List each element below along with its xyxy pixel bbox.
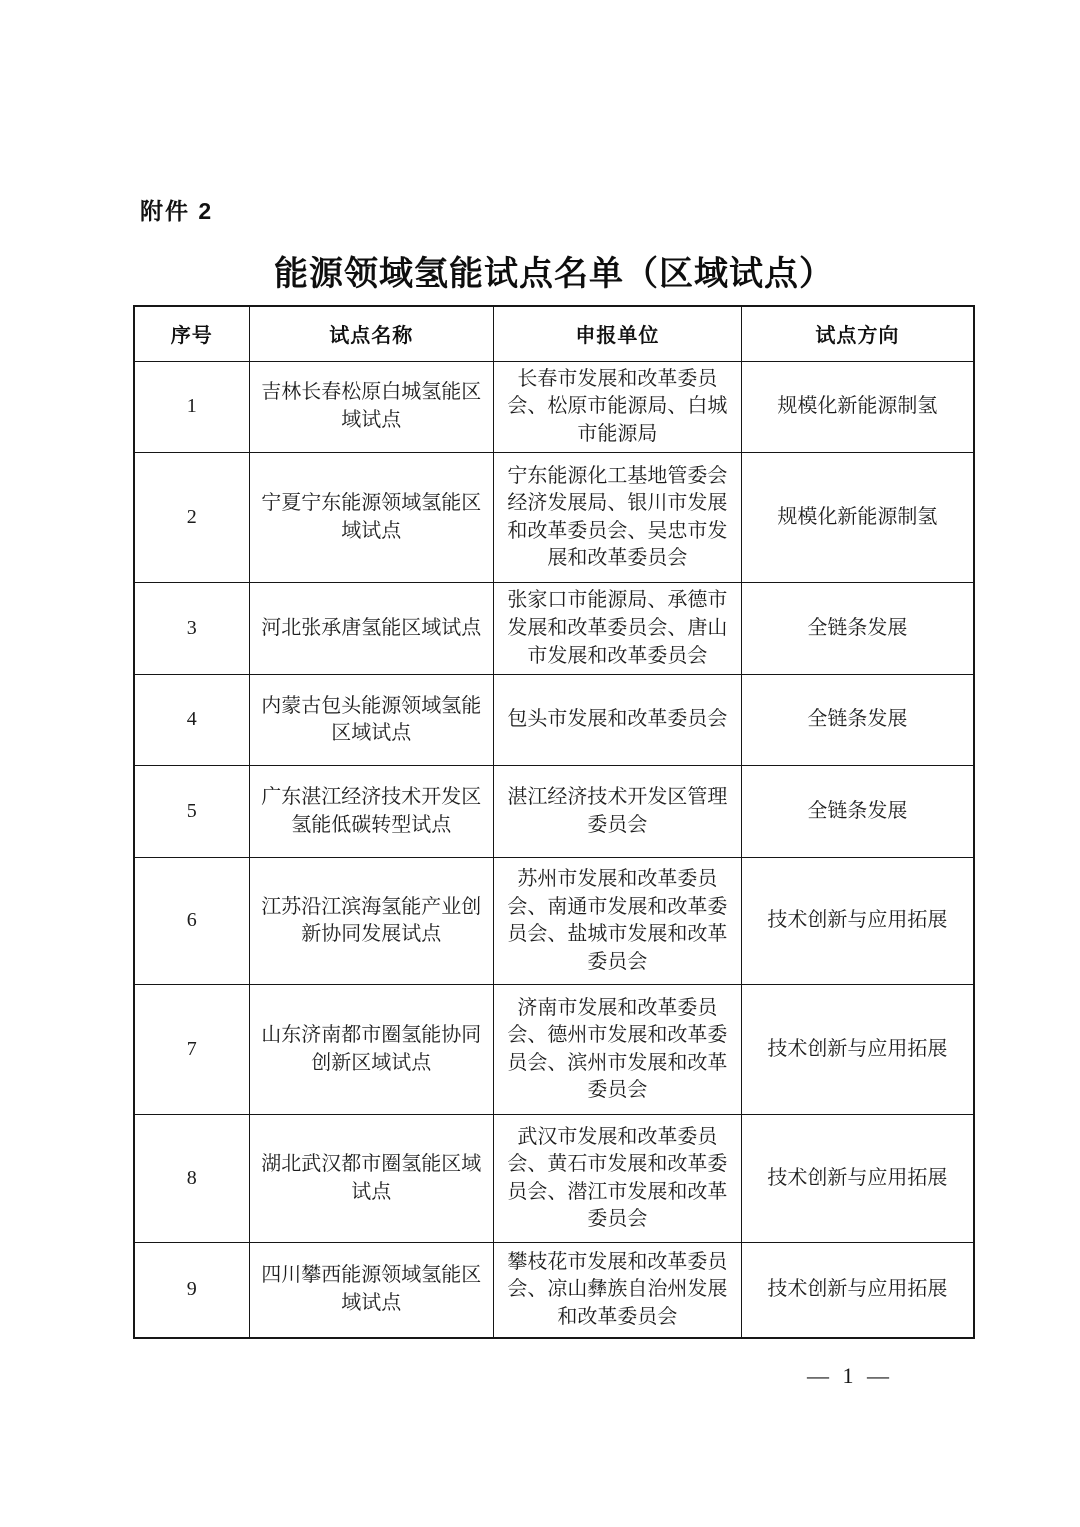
cell-applicant: 宁东能源化工基地管委会经济发展局、银川市发展和改革委员会、吴忠市发展和改革委员会: [494, 453, 742, 583]
cell-applicant: 湛江经济技术开发区管理委员会: [494, 766, 742, 858]
cell-applicant: 包头市发展和改革委员会: [494, 675, 742, 766]
cell-applicant: 苏州市发展和改革委员会、南通市发展和改革委员会、盐城市发展和改革委员会: [494, 858, 742, 985]
pilot-table-container: 序号 试点名称 申报单位 试点方向 1 吉林长春松原白城氢能区域试点 长春市发展…: [133, 305, 975, 1339]
cell-pilot-name: 宁夏宁东能源领域氢能区域试点: [249, 453, 493, 583]
table-row: 9 四川攀西能源领域氢能区域试点 攀枝花市发展和改革委员会、凉山彝族自治州发展和…: [134, 1243, 974, 1338]
cell-no: 2: [134, 453, 249, 583]
cell-applicant: 武汉市发展和改革委员会、黄石市发展和改革委员会、潜江市发展和改革委员会: [494, 1115, 742, 1243]
column-header-applicant: 申报单位: [494, 306, 742, 361]
cell-pilot-name: 内蒙古包头能源领域氢能区域试点: [249, 675, 493, 766]
cell-no: 7: [134, 985, 249, 1115]
cell-direction: 技术创新与应用拓展: [741, 858, 974, 985]
table-row: 1 吉林长春松原白城氢能区域试点 长春市发展和改革委员会、松原市能源局、白城市能…: [134, 361, 974, 453]
cell-direction: 全链条发展: [741, 766, 974, 858]
table-row: 5 广东湛江经济技术开发区氢能低碳转型试点 湛江经济技术开发区管理委员会 全链条…: [134, 766, 974, 858]
cell-applicant: 济南市发展和改革委员会、德州市发展和改革委员会、滨州市发展和改革委员会: [494, 985, 742, 1115]
table-row: 3 河北张承唐氢能区域试点 张家口市能源局、承德市发展和改革委员会、唐山市发展和…: [134, 583, 974, 675]
cell-no: 8: [134, 1115, 249, 1243]
cell-direction: 技术创新与应用拓展: [741, 1243, 974, 1338]
column-header-direction: 试点方向: [741, 306, 974, 361]
cell-direction: 规模化新能源制氢: [741, 361, 974, 453]
document-title: 能源领域氢能试点名单（区域试点）: [133, 246, 975, 295]
table-row: 2 宁夏宁东能源领域氢能区域试点 宁东能源化工基地管委会经济发展局、银川市发展和…: [134, 453, 974, 583]
cell-pilot-name: 湖北武汉都市圈氢能区域试点: [249, 1115, 493, 1243]
cell-pilot-name: 江苏沿江滨海氢能产业创新协同发展试点: [249, 858, 493, 985]
cell-no: 1: [134, 361, 249, 453]
cell-no: 5: [134, 766, 249, 858]
cell-pilot-name: 广东湛江经济技术开发区氢能低碳转型试点: [249, 766, 493, 858]
table-row: 6 江苏沿江滨海氢能产业创新协同发展试点 苏州市发展和改革委员会、南通市发展和改…: [134, 858, 974, 985]
cell-applicant: 长春市发展和改革委员会、松原市能源局、白城市能源局: [494, 361, 742, 453]
cell-pilot-name: 吉林长春松原白城氢能区域试点: [249, 361, 493, 453]
cell-pilot-name: 四川攀西能源领域氢能区域试点: [249, 1243, 493, 1338]
table-row: 7 山东济南都市圈氢能协同创新区域试点 济南市发展和改革委员会、德州市发展和改革…: [134, 985, 974, 1115]
column-header-name: 试点名称: [249, 306, 493, 361]
cell-direction: 规模化新能源制氢: [741, 453, 974, 583]
cell-no: 4: [134, 675, 249, 766]
cell-no: 6: [134, 858, 249, 985]
table-row: 4 内蒙古包头能源领域氢能区域试点 包头市发展和改革委员会 全链条发展: [134, 675, 974, 766]
cell-direction: 全链条发展: [741, 675, 974, 766]
page-number: — 1 —: [760, 1363, 940, 1389]
cell-direction: 技术创新与应用拓展: [741, 985, 974, 1115]
attachment-label: 附件 2: [140, 193, 213, 226]
column-header-no: 序号: [134, 306, 249, 361]
cell-pilot-name: 山东济南都市圈氢能协同创新区域试点: [249, 985, 493, 1115]
pilot-table: 序号 试点名称 申报单位 试点方向 1 吉林长春松原白城氢能区域试点 长春市发展…: [133, 305, 975, 1339]
cell-no: 9: [134, 1243, 249, 1338]
cell-applicant: 攀枝花市发展和改革委员会、凉山彝族自治州发展和改革委员会: [494, 1243, 742, 1338]
cell-applicant: 张家口市能源局、承德市发展和改革委员会、唐山市发展和改革委员会: [494, 583, 742, 675]
table-row: 8 湖北武汉都市圈氢能区域试点 武汉市发展和改革委员会、黄石市发展和改革委员会、…: [134, 1115, 974, 1243]
cell-no: 3: [134, 583, 249, 675]
document-page: 附件 2 能源领域氢能试点名单（区域试点） 序号 试点名称 申报单位 试点方向 …: [0, 0, 1080, 1527]
table-header-row: 序号 试点名称 申报单位 试点方向: [134, 306, 974, 361]
cell-direction: 全链条发展: [741, 583, 974, 675]
cell-direction: 技术创新与应用拓展: [741, 1115, 974, 1243]
cell-pilot-name: 河北张承唐氢能区域试点: [249, 583, 493, 675]
